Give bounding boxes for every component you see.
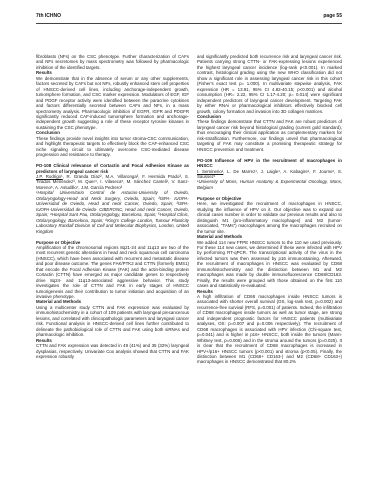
po108-presenting-author: J.P. Rodrigo¹: [36, 174, 63, 179]
right-column: and significantly predicted both recurre…: [197, 54, 342, 365]
left-column: fibroblasts (NFs) on the CSC phenotype. …: [36, 54, 189, 365]
po108-results-paragraph-start: CTTN and FAK expression was detected in …: [36, 343, 189, 359]
po109-results-paragraph: A high infiltration of CD68 macrophages …: [197, 294, 342, 365]
po107-conclusion-paragraph: These findings provide novel insights in…: [36, 136, 189, 158]
po108-purpose-paragraph: Amplification of the chromosomal regions…: [36, 245, 189, 300]
po107-continuation-paragraph: fibroblasts (NFs) on the CSC phenotype. …: [36, 54, 189, 70]
po108-conclusion-paragraph: These findings demonstrate that CTTN and…: [197, 119, 342, 152]
po108-affiliations: ¹Hospital Universitario Central de Astur…: [36, 190, 189, 234]
abstract-book-page: 7th ICHNO page 55 fibroblasts (NFs) on t…: [0, 0, 375, 500]
po109-methods-paragraph: We added 114 new FFPE HNSCC tumors to th…: [197, 240, 342, 289]
po108-authors: J.P. Rodrigo¹, R. Granda Díaz², M.A. Vil…: [36, 174, 189, 190]
po107-results-paragraph: We demonstrate that in the absence of se…: [36, 76, 189, 131]
page-number: page 55: [323, 13, 342, 19]
po109-presenting-author: I. Seminerio¹: [197, 169, 223, 174]
conference-name: 7th ICHNO: [36, 13, 61, 19]
po108-results-paragraph-continued: and significantly predicted both recurre…: [197, 54, 342, 114]
po108-title: PO-108 Clinical relevance of Cortactin a…: [36, 163, 189, 174]
page-header: 7th ICHNO page 55: [36, 13, 342, 24]
po109-title: PO-109 Influence of HPV in the recruitme…: [197, 158, 342, 169]
po109-purpose-paragraph: Here, we investigated the recruitment of…: [197, 201, 342, 234]
po109-affiliations: ¹University of Mons, Human Anatomy & Exp…: [197, 179, 342, 190]
two-column-body: fibroblasts (NFs) on the CSC phenotype. …: [36, 54, 342, 365]
po108-methods-paragraph: Using a multicenter study CTTN and FAK e…: [36, 305, 189, 338]
po109-authors: I. Seminerio¹, L. De Marrez¹, J. Laigle¹…: [197, 169, 342, 180]
